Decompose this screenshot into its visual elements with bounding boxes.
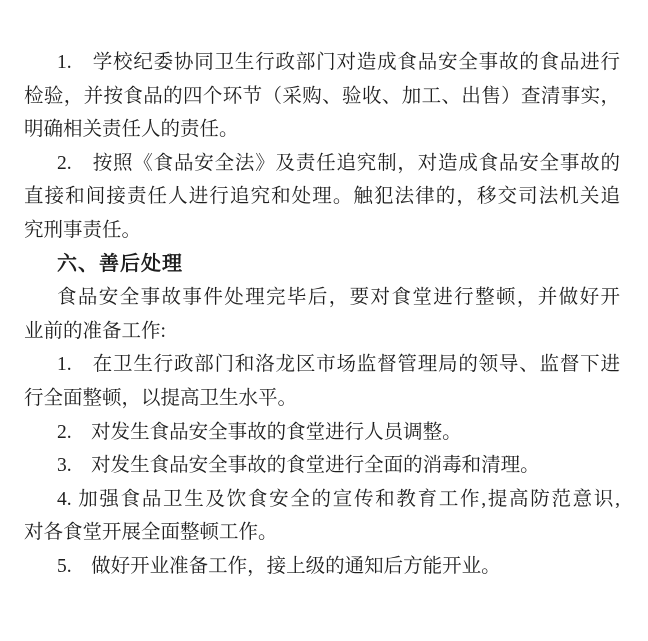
text-line: 4. 加强食品卫生及饮食安全的宣传和教育工作,提高防范意识, (24, 483, 620, 517)
list-item-reopening: 5. 做好开业准备工作，接上级的通知后方能开业。 (24, 550, 620, 584)
section-heading-aftercare: 六、善后处理 (24, 248, 620, 282)
paragraph-food-inspection: 1. 学校纪委协同卫生行政部门对造成食品安全事故的食品进行 检验，并按食品的四个… (24, 46, 620, 147)
list-item-education: 4. 加强食品卫生及饮食安全的宣传和教育工作,提高防范意识, 对各食堂开展全面整… (24, 483, 620, 550)
text-line: 行全面整顿，以提高卫生水平。 (24, 382, 620, 416)
text-line: 对各食堂开展全面整顿工作。 (24, 516, 620, 550)
text-line: 2. 对发生食品安全事故的食堂进行人员调整。 (24, 416, 620, 450)
text-line: 1. 学校纪委协同卫生行政部门对造成食品安全事故的食品进行 (24, 46, 620, 80)
section-heading-text: 六、善后处理 (24, 248, 620, 282)
text-line: 究刑事责任。 (24, 214, 620, 248)
text-line: 直接和间接责任人进行追究和处理。触犯法律的，移交司法机关追 (24, 180, 620, 214)
text-line: 2. 按照《食品安全法》及责任追究制，对造成食品安全事故的 (24, 147, 620, 181)
text-line: 1. 在卫生行政部门和洛龙区市场监督管理局的领导、监督下进 (24, 348, 620, 382)
list-item-rectification: 1. 在卫生行政部门和洛龙区市场监督管理局的领导、监督下进 行全面整顿，以提高卫… (24, 348, 620, 415)
paragraph-accountability: 2. 按照《食品安全法》及责任追究制，对造成食品安全事故的 直接和间接责任人进行… (24, 147, 620, 248)
text-line: 5. 做好开业准备工作，接上级的通知后方能开业。 (24, 550, 620, 584)
list-item-staff-adjustment: 2. 对发生食品安全事故的食堂进行人员调整。 (24, 416, 620, 450)
document-page: 1. 学校纪委协同卫生行政部门对造成食品安全事故的食品进行 检验，并按食品的四个… (24, 46, 620, 584)
text-line: 3. 对发生食品安全事故的食堂进行全面的消毒和清理。 (24, 449, 620, 483)
text-line: 明确相关责任人的责任。 (24, 113, 620, 147)
list-item-disinfection: 3. 对发生食品安全事故的食堂进行全面的消毒和清理。 (24, 449, 620, 483)
text-line: 食品安全事故事件处理完毕后，要对食堂进行整顿，并做好开 (24, 281, 620, 315)
text-line: 检验，并按食品的四个环节（采购、验收、加工、出售）查清事实， (24, 80, 620, 114)
text-line: 业前的准备工作: (24, 315, 620, 349)
paragraph-aftercare-intro: 食品安全事故事件处理完毕后，要对食堂进行整顿，并做好开 业前的准备工作: (24, 281, 620, 348)
